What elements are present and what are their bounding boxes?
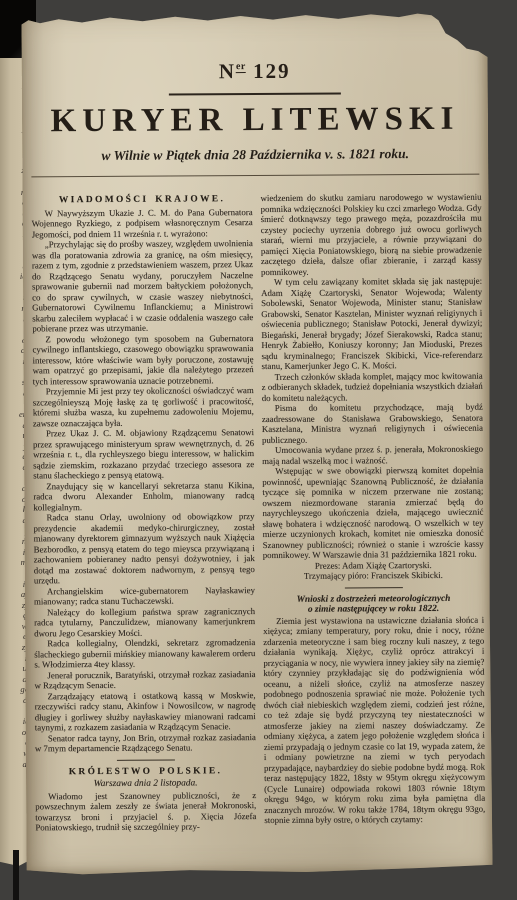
text-fragment: go (3, 684, 29, 695)
text-fragment (3, 706, 29, 717)
paragraph: Radca stanu Orlay, uwolniony od obowiązk… (33, 511, 254, 586)
text-fragment: o- (3, 727, 29, 738)
section-divider-rule (116, 759, 174, 760)
scan-binding-strip (13, 850, 19, 900)
text-columns: WIADOMOŚCI KRAJOWE. W Naywyższym Ukazie … (31, 192, 485, 862)
paragraph: Zarządzający etatową i ostatkową kassą w… (35, 690, 256, 733)
text-fragment: a, (3, 674, 29, 685)
text-fragment: u, (3, 663, 29, 674)
paragraph: Pisma do komitetu przychodzące, mają byd… (262, 402, 483, 445)
text-fragment: ć. (3, 695, 29, 706)
text-fragment: a. (3, 759, 29, 770)
paragraph: W Naywyższym Ukazie J. C. M. do Pana Gub… (32, 207, 253, 240)
paragraph: Przyjemnie Mi jest przy tey okoliczności… (33, 385, 254, 428)
masthead-dateline: w Wilnie w Piątek dnia 28 Października v… (22, 146, 488, 165)
issue-number-value: 129 (253, 59, 291, 83)
text-fragment: ie (3, 716, 29, 727)
newspaper-scan: a-il-uooy-a.ń. zae-nya-ć:o-n,r-kia,ie- m… (0, 0, 517, 900)
paragraph: Radca kollegialny, Olendzki, sekretarz z… (34, 637, 255, 670)
column-1-paragraphs-2: Wiadomo jest Szanowney publiczności, że … (35, 790, 256, 833)
column-2: wiedzeniem do skutku zamiaru narodowego … (260, 192, 485, 860)
paragraph: Należący do kollegium państwa spraw zagr… (34, 606, 255, 639)
dateline-warszawa: Warszawa dnia 2 listopada. (35, 778, 256, 790)
text-fragment: e. (3, 631, 29, 642)
section-divider-rule (344, 587, 402, 588)
paragraph: Trzech członków składa komplet, mający m… (262, 370, 483, 403)
signature-secretary: Trzymający pióro: Franciszek Skibicki. (263, 570, 484, 582)
paragraph: Przez Ukaz J. C. M. objawiony Rządzącemu… (33, 427, 254, 481)
issue-number-superscript: er (236, 61, 246, 73)
issue-number-prefix: N (219, 59, 236, 83)
paragraph: Wiadomo jest Szanowney publiczności, że … (35, 790, 256, 833)
column-2-paragraphs: W tym celu zawiązany komitet składa się … (261, 276, 484, 561)
paragraph: Znaydujący się w kancellaryi sekretarza … (33, 480, 254, 513)
paragraph: Archangielskim wice-gubernatorem Nayłask… (34, 585, 255, 607)
paragraph: Umocowania wydane przez ś. p. jenerała, … (262, 444, 483, 466)
text-fragment: zy (3, 642, 29, 653)
paragraph: Z powodu włożonego tym sposobem na Guber… (32, 333, 253, 387)
paragraph: „Przychylając się do prośby waszey, wzgl… (32, 238, 254, 334)
paragraph: Senator radca tayny, Jon Brin, otrzymał … (35, 732, 256, 754)
newspaper-title: KURYER LITEWSKI (22, 101, 488, 141)
issue-number: Ner 129 (22, 58, 488, 86)
column-1-paragraphs: W Naywyższym Ukazie J. C. M. do Pana Gub… (32, 207, 256, 754)
paragraph: wiedzeniem do skutku zamiaru narodowego … (260, 192, 482, 277)
section-heading-krolestwo-polskie: KRÓLESTWO POLSKIE. (35, 766, 256, 778)
section-heading-wiadomosci-krajowe: WIADOMOŚCI KRAJOWE. (31, 194, 252, 206)
column-1: WIADOMOŚCI KRAJOWE. W Naywyższym Ukazie … (31, 193, 256, 861)
text-fragment: ę (3, 737, 29, 748)
paragraph: Jenerał porucznik, Baratyński, otrzymał … (34, 669, 255, 691)
masthead-bottom-rule (32, 174, 479, 178)
text-fragment: w (3, 748, 29, 759)
paragraph: Wstępując w swe obowiązki pierwszą komit… (262, 465, 484, 561)
text-fragment (3, 769, 29, 780)
paragraph: Ziemia jest wystawiona na ustawiczne dzi… (263, 614, 485, 825)
text-fragment: i. (3, 653, 29, 664)
paragraph: W tym celu zawiązany komitet składa się … (261, 276, 483, 372)
masthead-rule (169, 92, 341, 95)
newspaper-page: Ner 129 KURYER LITEWSKI w Wilnie w Piąte… (21, 11, 492, 876)
